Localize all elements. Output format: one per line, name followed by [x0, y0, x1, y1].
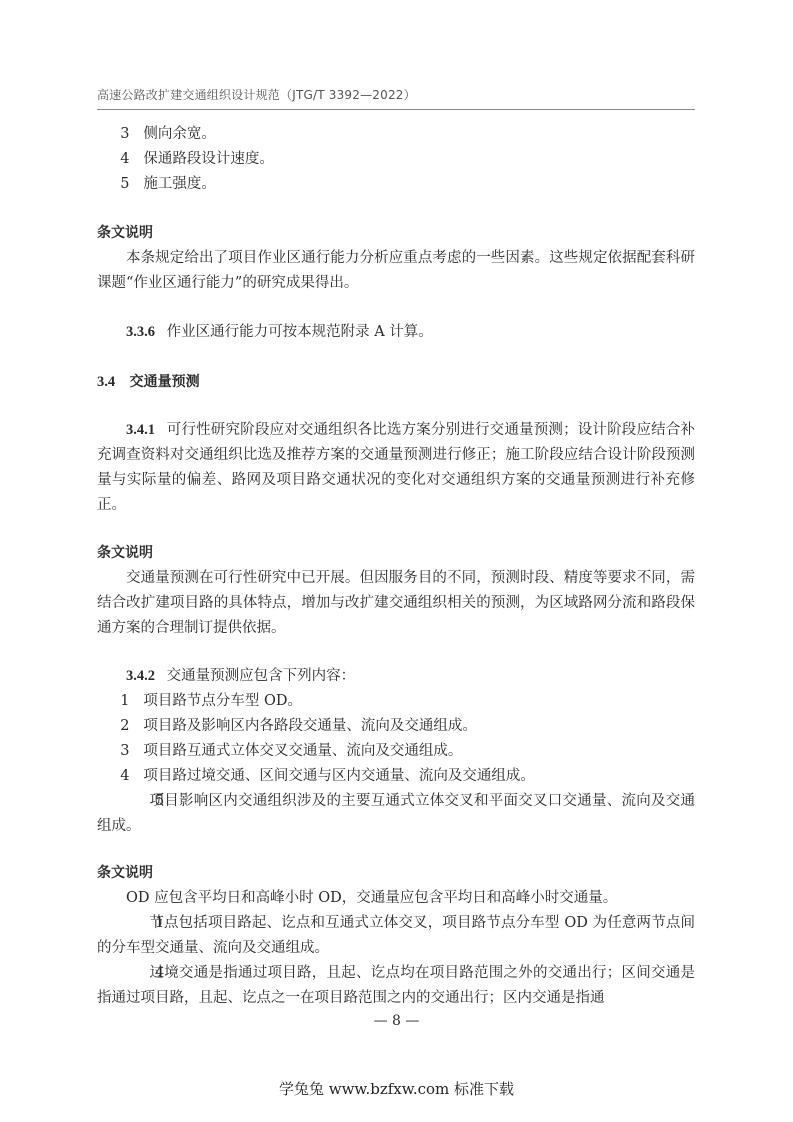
explanation-paragraph: 交通量预测在可行性研究中已开展。但因服务目的不同，预测时段、精度等要求不同，需结…: [97, 566, 695, 641]
item-number: 5: [126, 789, 149, 814]
item-text: 过境交通是指通过项目路，且起、讫点均在项目路范围之外的交通出行；区间交通是指通过…: [97, 965, 695, 1006]
clause-3-3-6: 3.3.6作业区通行能力可按本规范附录 A 计算。: [97, 320, 695, 345]
explanation-heading: 条文说明: [97, 861, 695, 886]
list-item: 2项目路及影响区内各路段交通量、流向及交通组成。: [97, 714, 718, 739]
list-item: 1项目路节点分车型 OD。: [97, 689, 718, 714]
list-item: 5项目影响区内交通组织涉及的主要互通式立体交叉和平面交叉口交通量、流向及交通组成…: [97, 789, 695, 839]
item-number: 1: [126, 911, 149, 936]
list-item: 3项目路互通式立体交叉交通量、流向及交通组成。: [97, 739, 718, 764]
explanation-item: 1节点包括项目路起、讫点和互通式立体交叉，项目路节点分车型 OD 为任意两节点间…: [97, 911, 695, 961]
item-number: 3: [120, 739, 143, 764]
item-text: 侧向余宽。: [143, 126, 216, 142]
page-number: — 8 —: [0, 1013, 793, 1029]
item-number: 1: [120, 689, 143, 714]
explanation-paragraph: OD 应包含平均日和高峰小时 OD，交通量应包含平均日和高峰小时交通量。: [97, 886, 695, 911]
section-number: 3.4: [97, 374, 115, 390]
item-text: 项目路过境交通、区间交通与区内交通量、流向及交通组成。: [143, 768, 535, 784]
clause-number: 3.3.6: [126, 324, 155, 340]
running-header: 高速公路改扩建交通组织设计规范（JTG/T 3392—2022）: [97, 86, 416, 103]
item-text: 施工强度。: [143, 176, 216, 192]
section-heading: 3.4交通量预测: [97, 370, 695, 395]
item-text: 项目影响区内交通组织涉及的主要互通式立体交叉和平面交叉口交通量、流向及交通组成。: [97, 793, 695, 834]
item-number: 2: [120, 714, 143, 739]
clause-text: 作业区通行能力可按本规范附录 A 计算。: [167, 324, 433, 340]
clause-number: 3.4.2: [126, 668, 155, 684]
watermark: 学兔兔 www.bzfxw.com 标准下载: [0, 1078, 793, 1099]
item-number: 4: [120, 764, 143, 789]
item-text: 项目路及影响区内各路段交通量、流向及交通组成。: [143, 718, 477, 734]
clause-3-4-1: 3.4.1可行性研究阶段应对交通组织各比选方案分别进行交通量预测；设计阶段应结合…: [97, 418, 695, 518]
item-number: 4: [120, 147, 143, 172]
explanation-paragraph: 本条规定给出了项目作业区通行能力分析应重点考虑的一些因素。这些规定依据配套科研课…: [97, 246, 695, 296]
list-item: 4保通路段设计速度。: [97, 147, 718, 172]
explanation-item: 4过境交通是指通过项目路，且起、讫点均在项目路范围之外的交通出行；区间交通是指通…: [97, 961, 695, 1011]
item-text: 保通路段设计速度。: [143, 151, 274, 167]
document-page: 高速公路改扩建交通组织设计规范（JTG/T 3392—2022） 3侧向余宽。 …: [0, 0, 793, 1122]
clause-text: 可行性研究阶段应对交通组织各比选方案分别进行交通量预测；设计阶段应结合补充调查资…: [97, 422, 695, 513]
item-text: 节点包括项目路起、讫点和互通式立体交叉，项目路节点分车型 OD 为任意两节点间的…: [97, 915, 695, 956]
list-item: 3侧向余宽。: [97, 122, 718, 147]
item-text: 项目路互通式立体交叉交通量、流向及交通组成。: [143, 743, 462, 759]
section-title: 交通量预测: [130, 374, 200, 390]
clause-3-4-2: 3.4.2交通量预测应包含下列内容：: [97, 664, 695, 689]
list-item: 5施工强度。: [97, 172, 718, 197]
explanation-heading: 条文说明: [97, 541, 695, 566]
explanation-heading: 条文说明: [97, 221, 695, 246]
header-rule: [97, 109, 695, 110]
item-number: 4: [126, 961, 149, 986]
clause-number: 3.4.1: [126, 422, 155, 438]
item-text: 项目路节点分车型 OD。: [143, 693, 302, 709]
list-item: 4项目路过境交通、区间交通与区内交通量、流向及交通组成。: [97, 764, 718, 789]
item-number: 5: [120, 172, 143, 197]
item-number: 3: [120, 122, 143, 147]
clause-text: 交通量预测应包含下列内容：: [167, 668, 356, 684]
